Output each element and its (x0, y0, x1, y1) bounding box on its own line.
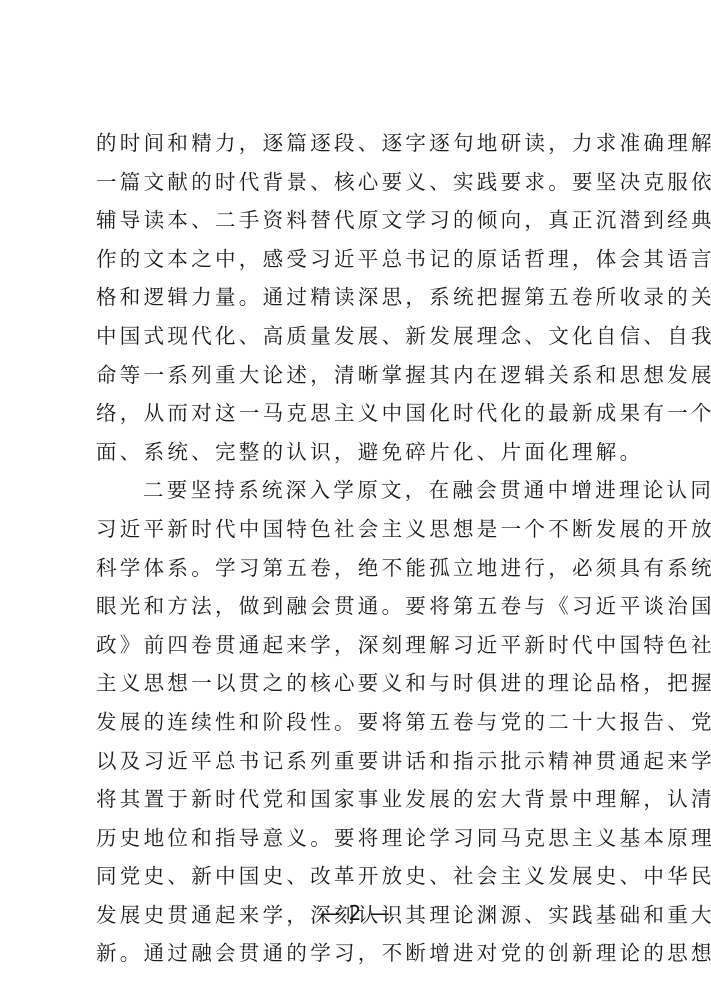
text-line: 作的文本之中，感受习近平总书记的原话哲理，体会其语言风 (96, 240, 626, 279)
document-page: 的时间和精力，逐篇逐段、逐字逐句地研读，力求准确理解每 一篇文献的时代背景、核心… (0, 0, 711, 1006)
text-line: 同党史、新中国史、改革开放史、社会主义发展史、中华民族 (96, 857, 626, 896)
text-line: 新。通过融会贯通的学习，不断增进对党的创新理论的思想认 (96, 934, 626, 973)
text-line: 络，从而对这一马克思主义中国化时代化的最新成果有一个全 (96, 394, 626, 433)
text-line: 中国式现代化、高质量发展、新发展理念、文化自信、自我革 (96, 317, 626, 356)
text-line: 发展的连续性和阶段性。要将第五卷与党的二十大报告、党章 (96, 703, 626, 742)
paragraph-start-line: 二要坚持系统深入学原文，在融会贯通中增进理论认同。 (96, 471, 626, 510)
body-text: 的时间和精力，逐篇逐段、逐字逐句地研读，力求准确理解每 一篇文献的时代背景、核心… (96, 124, 626, 973)
text-line: 习近平新时代中国特色社会主义思想是一个不断发展的开放的 (96, 510, 626, 549)
text-line: 眼光和方法，做到融会贯通。要将第五卷与《习近平谈治国理 (96, 587, 626, 626)
text-line: 一篇文献的时代背景、核心要义、实践要求。要坚决克服依赖 (96, 163, 626, 202)
text-line: 将其置于新时代党和国家事业发展的宏大背景中理解，认清其 (96, 780, 626, 819)
text-line: 政》前四卷贯通起来学，深刻理解习近平新时代中国特色社会 (96, 626, 626, 665)
text-line: 格和逻辑力量。通过精读深思，系统把握第五卷所收录的关于 (96, 278, 626, 317)
text-line: 命等一系列重大论述，清晰掌握其内在逻辑关系和思想发展脉 (96, 356, 626, 395)
text-line: 以及习近平总书记系列重要讲话和指示批示精神贯通起来学， (96, 742, 626, 781)
text-line: 历史地位和指导意义。要将理论学习同马克思主义基本原理、 (96, 819, 626, 858)
text-line: 面、系统、完整的认识，避免碎片化、片面化理解。 (96, 433, 626, 472)
text-line: 科学体系。学习第五卷，绝不能孤立地进行，必须具有系统的 (96, 549, 626, 588)
text-line: 辅导读本、二手资料替代原文学习的倾向，真正沉潜到经典著 (96, 201, 626, 240)
page-number: — 2 — (0, 898, 711, 928)
text-line: 主义思想一以贯之的核心要义和与时俱进的理论品格，把握其 (96, 664, 626, 703)
text-line: 的时间和精力，逐篇逐段、逐字逐句地研读，力求准确理解每 (96, 124, 626, 163)
